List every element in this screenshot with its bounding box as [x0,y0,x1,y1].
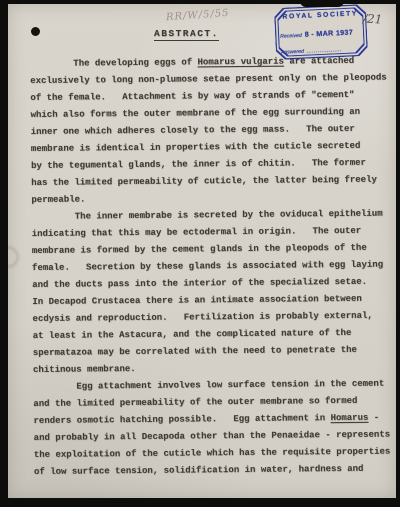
hole-punch-dot [31,27,40,36]
scan-edge-artifact [300,0,344,7]
stamp-org-name: ROYAL SOCIETY [279,10,361,21]
paragraph: The developing eggs of Homarus vulgaris … [30,52,400,209]
typed-line: has the limited permeability of cuticle,… [31,171,400,192]
reference-annotation: RR/W/5/55 [166,8,230,23]
stamp-received-label: Received [280,33,302,40]
typed-line: of low surface tension, solidification i… [34,460,400,481]
page-title: ABSTRACT. [154,28,219,41]
stamp-received-date: 8 - MAR 1937 [305,28,354,39]
received-stamp: ROYAL SOCIETY Received 8 - MAR 1937 Answ… [274,4,368,60]
page-number-annotation: /21 [363,11,383,26]
typed-line: spermatazoa may be correlated with the n… [33,341,400,362]
document-page: RR/W/5/55 ROYAL SOCIETY Received 8 - MAR… [8,4,396,498]
paragraph: Egg attachment involves low surface tens… [33,375,400,481]
abstract-body-text: The developing eggs of Homarus vulgaris … [30,52,400,481]
paragraph: The inner membrabe is secreted by the ov… [31,205,400,379]
